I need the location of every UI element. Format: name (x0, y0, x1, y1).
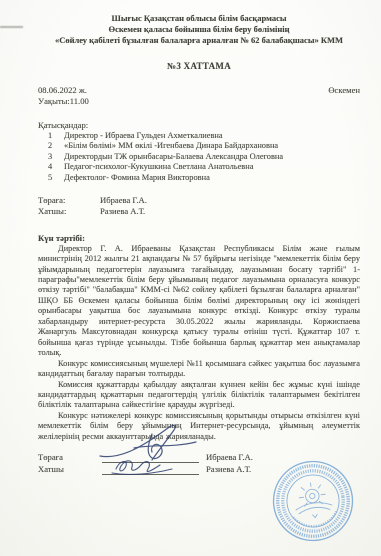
secretary-label: Хатшы: (38, 206, 100, 217)
chair-signature-label: Төраға (38, 451, 102, 463)
attendee-row: 1 Директор - Ибраева Гульден Ахметкалиев… (38, 131, 360, 142)
officers-block: Төраға: Ибраева Г.А. Хатшы: Разиева А.Т. (38, 195, 360, 217)
body-paragraph-3: Комиссия құжаттарды қабылдау аяқталған к… (38, 380, 360, 411)
body-paragraph-1: Директор Г. А. Ибраеваны Қазақстан Респу… (38, 244, 360, 359)
attendee-row: 2 «Білім бөлімі» ММ өкілі -Игенбаева Дин… (38, 141, 360, 152)
chair-signature-line (102, 452, 199, 463)
official-round-stamp-icon (261, 453, 366, 549)
org-line-1: Шығыс Қазақстан облысы білім басқармасы (38, 13, 360, 24)
attendee-name: «Білім бөлімі» ММ өкілі -Игенбаева Динар… (64, 141, 278, 152)
organization-header: Шығыс Қазақстан облысы білім басқармасы … (38, 13, 360, 45)
scanned-protocol-document: Шығыс Қазақстан облысы білім басқармасы … (0, 0, 381, 556)
secretary-row: Хатшы: Разиева А.Т. (38, 206, 360, 217)
attendee-number: 2 (48, 141, 60, 152)
attendees-label: Қатысқандар: (38, 120, 360, 131)
org-line-3: «Сөйлеу қабілеті бұзылған балаларға арна… (38, 35, 360, 46)
chair-signature-name: Ибраева Г.А. (206, 451, 253, 463)
attendee-row: 5 Дефектолог- Фомина Мария Викторовна (38, 173, 360, 184)
attendee-number: 5 (48, 173, 60, 184)
chairperson-name: Ибраева Г.А. (100, 195, 147, 206)
document-content: Шығыс Қазақстан облысы білім басқармасы … (38, 13, 360, 475)
body-paragraph-2: Конкурс комиссиясының мүшелері №11 қосым… (38, 359, 360, 380)
attendee-name: Директор - Ибраева Гульден Ахметкалиевна (64, 131, 223, 142)
body-paragraph-4: Конкурс нәтижелері конкурс комиссиясының… (38, 411, 360, 442)
org-line-2: Өскемен қаласы бойынша білім беру бөлімі… (38, 24, 360, 35)
attendee-name: Директордын ТЖ орынбасары-Балаева Алекса… (64, 152, 283, 163)
scan-artifact-line (0, 26, 23, 28)
date-place-row: 08.06.2022 ж. Өскемен (38, 85, 360, 96)
attendee-row: 3 Директордын ТЖ орынбасары-Балаева Алек… (38, 152, 360, 163)
attendees-list: 1 Директор - Ибраева Гульден Ахметкалиев… (38, 131, 360, 184)
attendee-number: 4 (48, 162, 60, 173)
protocol-title: №3 ХАТТАМА (38, 61, 360, 71)
chairperson-label: Төраға: (38, 195, 100, 206)
protocol-time: Уақыты:11.00 (38, 96, 360, 107)
secretary-signature-label: Хатшы (38, 463, 102, 475)
attendee-number: 3 (48, 152, 60, 163)
secretary-name: Разиева А.Т. (100, 206, 145, 217)
attendee-row: 4 Педагог-психолог-Кукушкина Светлана Ан… (38, 162, 360, 173)
secretary-signature-line (102, 464, 199, 475)
attendee-number: 1 (48, 131, 60, 142)
agenda-heading: Күн тәртібі: (38, 233, 360, 244)
secretary-signature-name: Разиева А.Т. (206, 463, 251, 475)
protocol-place: Өскемен (328, 85, 360, 96)
attendee-name: Дефектолог- Фомина Мария Викторовна (64, 173, 210, 184)
chairperson-row: Төраға: Ибраева Г.А. (38, 195, 360, 206)
protocol-date: 08.06.2022 ж. (38, 85, 87, 96)
attendee-name: Педагог-психолог-Кукушкина Светлана Анат… (64, 162, 253, 173)
